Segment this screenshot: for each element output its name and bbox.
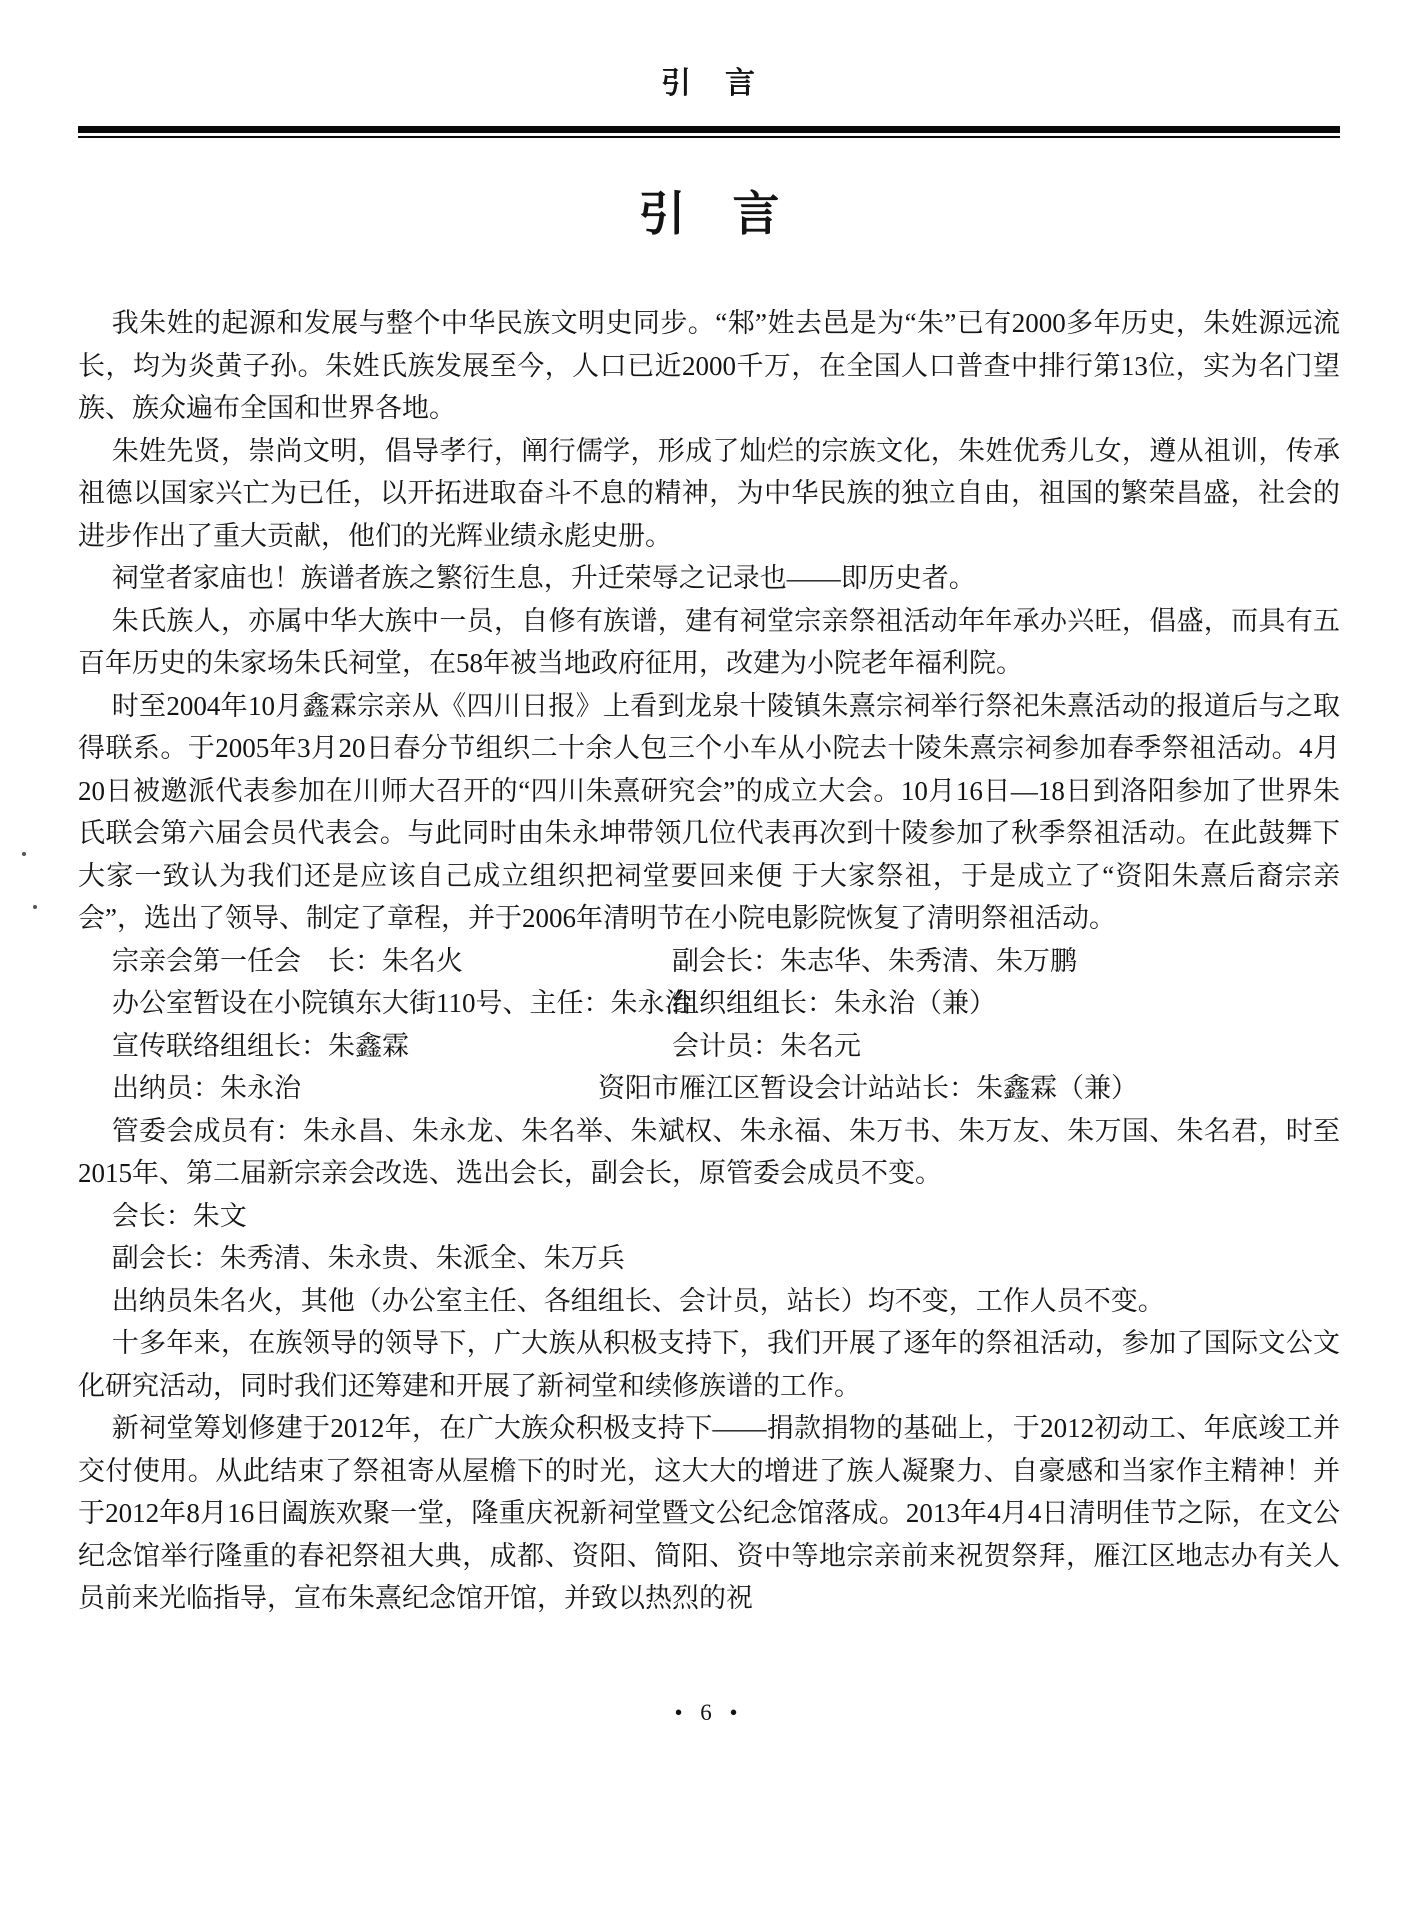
body-paragraph: 朱姓先贤，崇尚文明，倡导孝行，阐行儒学，形成了灿烂的宗族文化，朱姓优秀儿女，遵从…	[78, 430, 1340, 558]
body-paragraph: 新祠堂筹划修建于2012年，在广大族众积极支持下——捐款捐物的基础上，于2012…	[78, 1407, 1340, 1620]
officer-row: 办公室暂设在小院镇东大街110号、主任：朱永治 组织组组长：朱永治（兼）	[78, 982, 1340, 1025]
scan-speck	[22, 852, 26, 856]
page-title: 引 言	[78, 188, 1340, 242]
body-paragraph: 会长：朱文	[78, 1195, 1340, 1238]
officer-row: 宣传联络组组长：朱鑫霖 会计员：朱名元	[78, 1025, 1340, 1068]
officer-right: 组织组组长：朱永治（兼）	[672, 982, 996, 1025]
page-number: • 6 •	[78, 1700, 1340, 1726]
scan-speck	[33, 905, 37, 909]
officer-row: 出纳员：朱永治 资阳市雁江区暂设会计站站长：朱鑫霖（兼）	[78, 1067, 1340, 1110]
body-paragraph: 出纳员朱名火，其他（办公室主任、各组组长、会计员，站长）均不变，工作人员不变。	[78, 1280, 1340, 1323]
body-paragraph: 十多年来，在族领导的领导下，广大族从积极支持下，我们开展了逐年的祭祖活动，参加了…	[78, 1322, 1340, 1407]
body-paragraph: 我朱姓的起源和发展与整个中华民族文明史同步。“邾”姓去邑是为“朱”已有2000多…	[78, 302, 1340, 430]
body-paragraph: 副会长：朱秀清、朱永贵、朱派全、朱万兵	[78, 1237, 1340, 1280]
officer-right: 副会长：朱志华、朱秀清、朱万鹏	[672, 940, 1077, 983]
body-paragraph: 管委会成员有：朱永昌、朱永龙、朱名举、朱斌权、朱永福、朱万书、朱万友、朱万国、朱…	[78, 1110, 1340, 1195]
body-paragraph: 祠堂者家庙也！族谱者族之繁衍生息，升迁荣辱之记录也——即历史者。	[78, 557, 1340, 600]
officer-left: 出纳员：朱永治	[78, 1067, 301, 1110]
officer-row: 宗亲会第一任会 长：朱名火 副会长：朱志华、朱秀清、朱万鹏	[78, 940, 1340, 983]
officer-left: 宗亲会第一任会 长：朱名火	[78, 940, 463, 983]
officer-left: 宣传联络组组长：朱鑫霖	[78, 1025, 409, 1068]
body-paragraph: 朱氏族人，亦属中华大族中一员，自修有族谱，建有祠堂宗亲祭祖活动年年承办兴旺，倡盛…	[78, 600, 1340, 685]
officer-right: 资阳市雁江区暂设会计站站长：朱鑫霖（兼）	[598, 1067, 1138, 1110]
running-head: 引 言	[78, 66, 1340, 102]
header-rule	[78, 126, 1340, 138]
document-page: 引 言 引 言 我朱姓的起源和发展与整个中华民族文明史同步。“邾”姓去邑是为“朱…	[0, 0, 1408, 1920]
officer-left: 办公室暂设在小院镇东大街110号、主任：朱永治	[78, 982, 692, 1025]
body-text: 我朱姓的起源和发展与整个中华民族文明史同步。“邾”姓去邑是为“朱”已有2000多…	[78, 302, 1340, 1620]
body-paragraph: 时至2004年10月鑫霖宗亲从《四川日报》上看到龙泉十陵镇朱熹宗祠举行祭祀朱熹活…	[78, 685, 1340, 940]
officer-right: 会计员：朱名元	[672, 1025, 861, 1068]
